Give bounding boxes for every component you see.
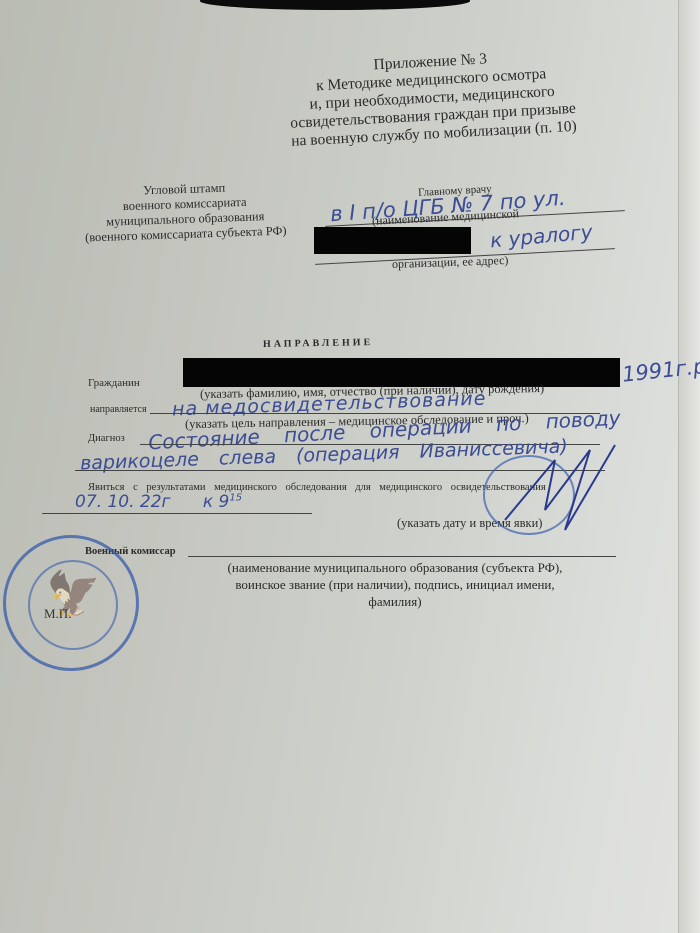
underlying-paper-edge xyxy=(678,0,700,933)
form-title: НАПРАВЛЕНИЕ xyxy=(263,337,373,350)
caption-line: (наименование муниципального образования… xyxy=(190,559,600,576)
commissar-underline xyxy=(188,556,616,557)
caption-line: фамилия) xyxy=(190,593,600,610)
official-seal: 🦅 М.П. xyxy=(3,535,139,671)
appendix-header: Приложение № 3 к Методике медицинского о… xyxy=(265,45,599,152)
citizen-label: Гражданин xyxy=(88,377,140,389)
appear-date-time: 07. 10. 22г к 915 xyxy=(75,492,242,512)
seal-mp-label: М.П. xyxy=(44,606,71,622)
appear-underline xyxy=(42,513,312,514)
referred-label: направляется xyxy=(90,404,147,415)
signature-icon xyxy=(495,440,625,550)
diagnosis-label: Диагноз xyxy=(88,433,125,444)
addressee-handwritten-2: к уралогу xyxy=(489,220,593,253)
commissar-caption: (наименование муниципального образования… xyxy=(190,559,600,610)
appear-date: 07. 10. 22г к 9 xyxy=(75,492,229,512)
addressee-caption-2: организации, ее адрес) xyxy=(392,253,509,272)
caption-line: воинское звание (при наличии), подпись, … xyxy=(190,576,600,593)
corner-stamp-label: Угловой штамп военного комиссариата муни… xyxy=(54,177,316,246)
redaction-top xyxy=(200,0,470,10)
appear-minutes: 15 xyxy=(229,492,242,503)
redaction-address xyxy=(314,227,471,254)
